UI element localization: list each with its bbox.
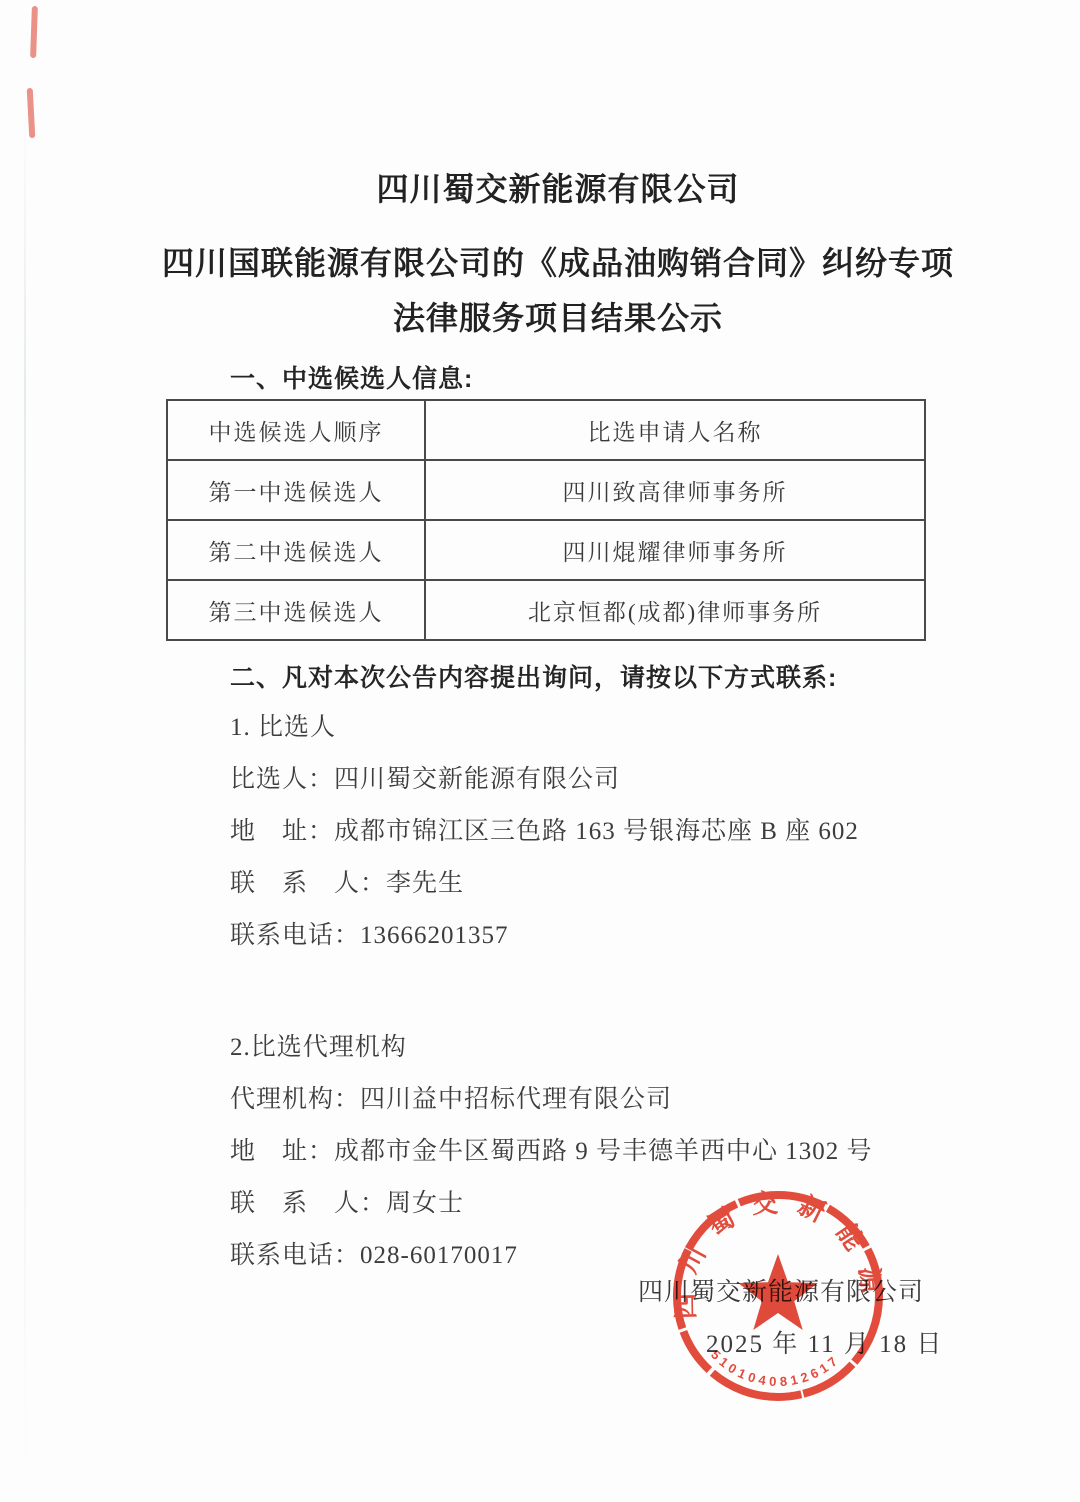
company-seal-stamp: 四川蜀交新能源有限公司 5101040812617: [666, 1184, 890, 1408]
bidder-address: 地 址：成都市锦江区三色路 163 号银海芯座 B 座 602: [230, 815, 1080, 848]
agency-phone: 联系电话：028-60170017: [230, 1239, 1080, 1272]
section1-heading: 一、中选候选人信息:: [230, 362, 1080, 396]
header-cell-order: 中选候选人顺序: [167, 400, 425, 460]
cell-candidate-order: 第一中选候选人: [167, 460, 425, 520]
document-title-project: 四川国联能源有限公司的《成品油购销合同》纠纷专项: [0, 242, 1080, 284]
bidder-contact: 联 系 人：李先生: [230, 867, 1080, 900]
bidder-phone: 联系电话：13666201357: [230, 919, 1080, 952]
seal-star-icon: [738, 1254, 818, 1330]
cell-candidate-order: 第三中选候选人: [167, 580, 425, 640]
table-row: 第一中选候选人 四川致高律师事务所: [167, 460, 925, 520]
document-title-result: 法律服务项目结果公示: [0, 297, 1080, 339]
document-title-company: 四川蜀交新能源有限公司: [0, 168, 1080, 210]
bidder-label: 1. 比选人: [230, 711, 1080, 744]
document-page: 四川蜀交新能源有限公司 四川国联能源有限公司的《成品油购销合同》纠纷专项 法律服…: [0, 0, 1080, 1502]
table-header-row: 中选候选人顺序 比选申请人名称: [167, 400, 925, 460]
cell-candidate-name: 四川焜耀律师事务所: [425, 520, 925, 580]
agency-name: 代理机构：四川益中招标代理有限公司: [230, 1083, 1080, 1116]
cell-candidate-name: 北京恒都(成都)律师事务所: [425, 580, 925, 640]
bidder-name: 比选人：四川蜀交新能源有限公司: [230, 763, 1080, 796]
red-pen-mark: [30, 6, 38, 58]
header-cell-applicant: 比选申请人名称: [425, 400, 925, 460]
agency-label: 2.比选代理机构: [230, 1031, 1080, 1064]
section2-heading: 二、凡对本次公告内容提出询问，请按以下方式联系:: [230, 661, 1080, 695]
scan-crease: [24, 110, 26, 1480]
table-row: 第三中选候选人 北京恒都(成都)律师事务所: [167, 580, 925, 640]
table-row: 第二中选候选人 四川焜耀律师事务所: [167, 520, 925, 580]
cell-candidate-name: 四川致高律师事务所: [425, 460, 925, 520]
red-pen-mark: [27, 88, 36, 138]
agency-contact: 联 系 人：周女士: [230, 1187, 1080, 1220]
candidates-table: 中选候选人顺序 比选申请人名称 第一中选候选人 四川致高律师事务所 第二中选候选…: [166, 399, 926, 641]
cell-candidate-order: 第二中选候选人: [167, 520, 425, 580]
agency-address: 地 址：成都市金牛区蜀西路 9 号丰德羊西中心 1302 号: [230, 1135, 1080, 1168]
